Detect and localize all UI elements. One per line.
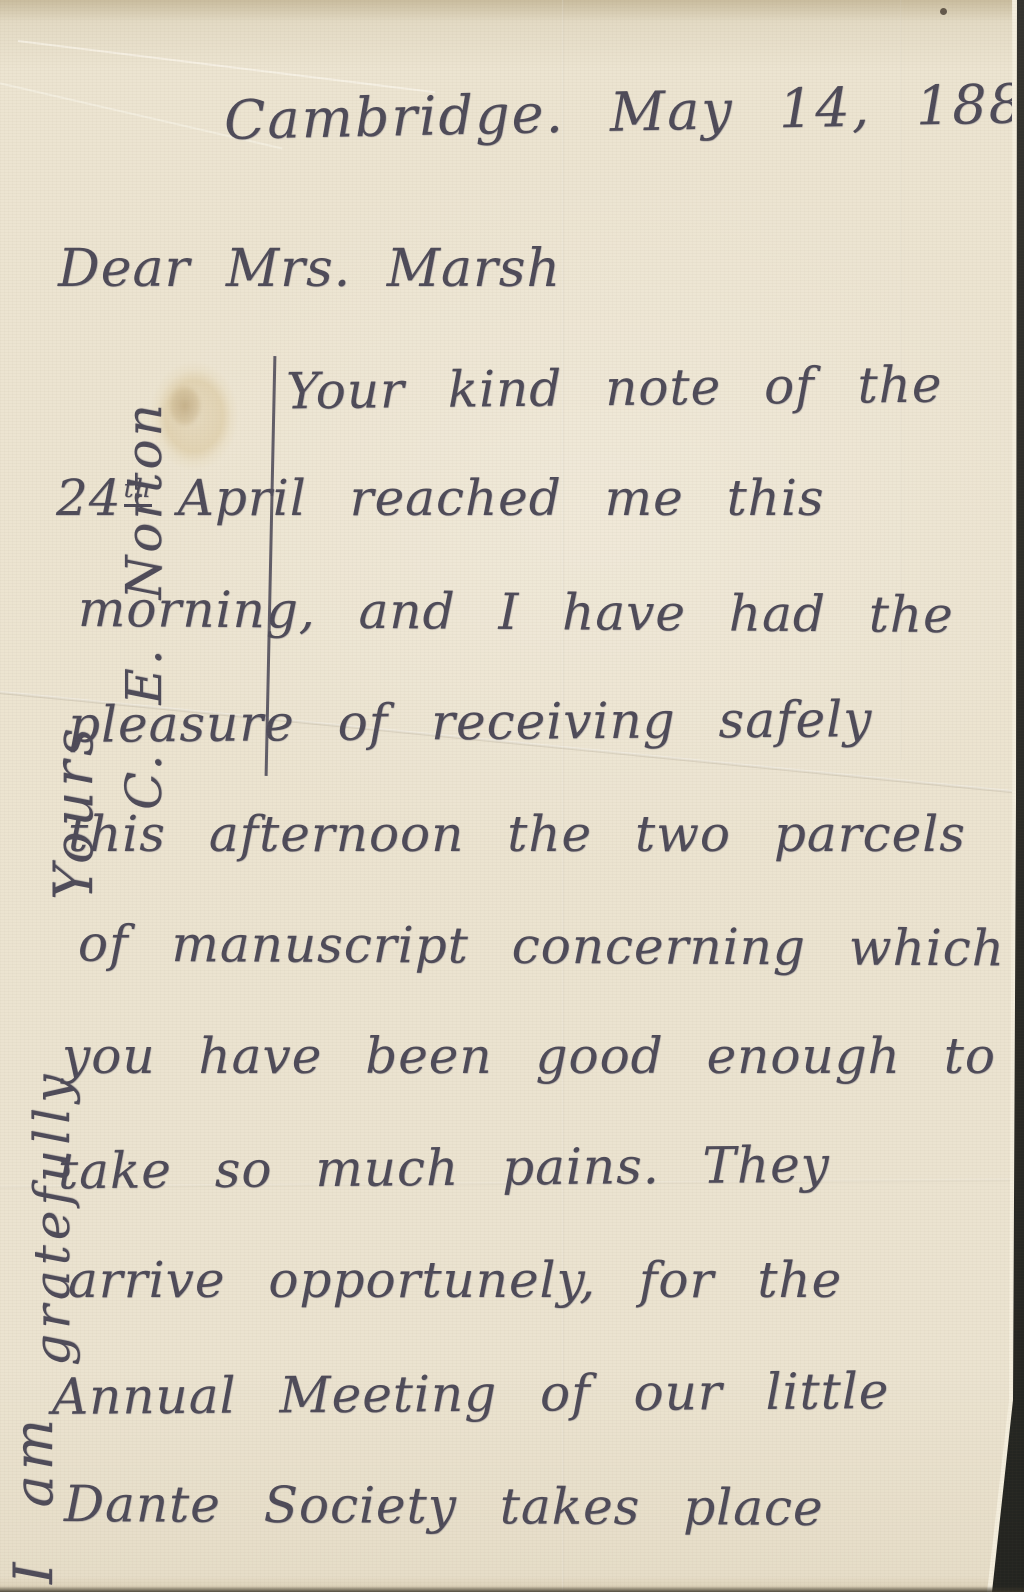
date-day: 24	[56, 469, 122, 527]
letter-salutation: Dear Mrs. Marsh	[58, 240, 561, 298]
ink-speck	[940, 8, 947, 15]
bottom-edge-shadow	[0, 1586, 1024, 1592]
margin-signature: C. E. Norton	[116, 401, 172, 810]
handwritten-line: take so much pains. They	[58, 1137, 830, 1200]
handwritten-line: this afternoon the two parcels	[68, 806, 966, 862]
margin-closing-gratefully: gratefully	[24, 1070, 80, 1366]
handwritten-line: Dante Society takes place	[64, 1476, 824, 1536]
handwritten-line: Your kind note of the	[286, 357, 943, 420]
handwritten-line: pleasure of receiving safely	[68, 691, 873, 753]
scanned-letter-page: { "letter": { "dateline": "Cambridge. Ma…	[0, 0, 1024, 1592]
handwritten-line: morning, and I have had the	[78, 581, 954, 643]
handwritten-line: of manuscript concerning which	[78, 916, 1005, 977]
line-text: April reached me this	[178, 469, 825, 527]
handwritten-line: arrive opportunely, for the	[68, 1252, 842, 1308]
margin-closing-yours: Yours	[44, 723, 104, 900]
margin-closing-i-am: I am	[4, 1414, 64, 1584]
handwritten-line: Annual Meeting of our little	[52, 1363, 890, 1425]
handwritten-line: you have been good enough to	[62, 1028, 996, 1084]
